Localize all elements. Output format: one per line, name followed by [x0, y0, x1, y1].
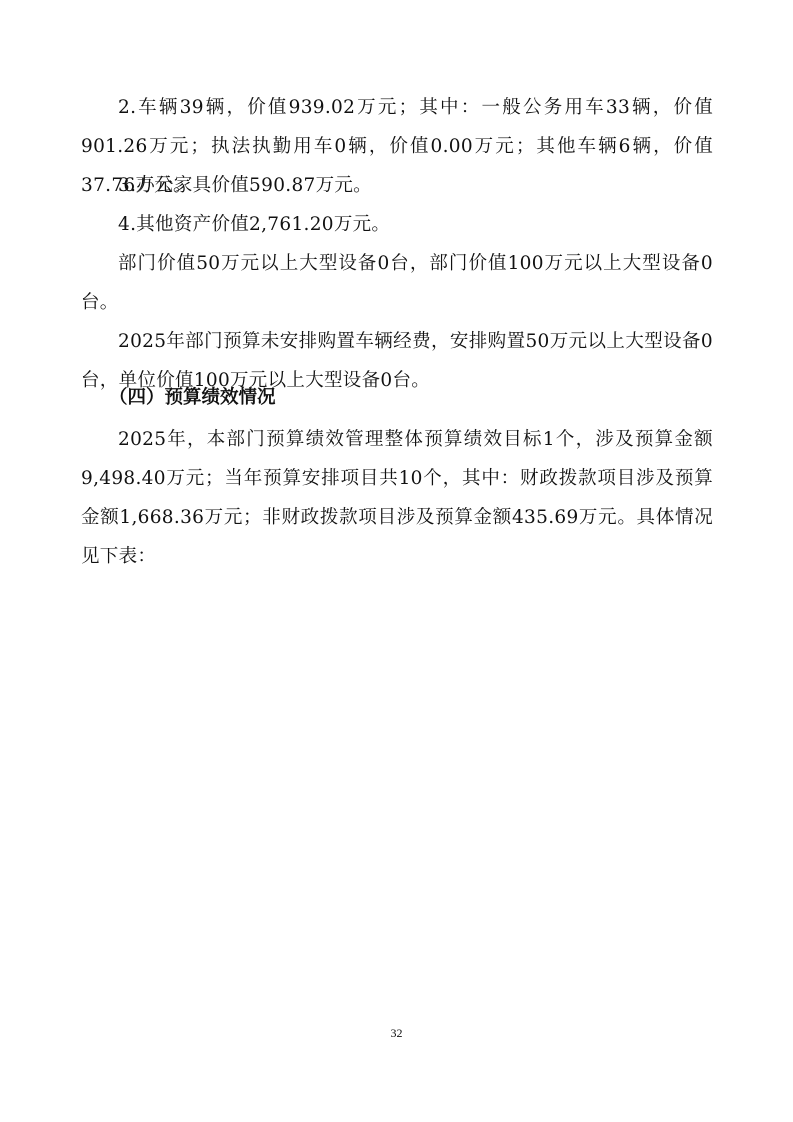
document-page: 2.车辆39辆，价值939.02万元；其中：一般公务用车33辆，价值901.26…	[0, 0, 793, 1122]
paragraph-other-assets: 4.其他资产价值2,761.20万元。	[81, 205, 713, 244]
paragraph-performance: 2025年，本部门预算绩效管理整体预算绩效目标1个，涉及预算金额9,498.40…	[81, 420, 713, 576]
page-number: 32	[0, 1026, 793, 1041]
paragraph-large-equipment: 部门价值50万元以上大型设备0台，部门价值100万元以上大型设备0台。	[81, 244, 713, 322]
section-heading: （四）预算绩效情况	[81, 378, 713, 417]
paragraph-furniture: 3.办公家具价值590.87万元。	[81, 166, 713, 205]
